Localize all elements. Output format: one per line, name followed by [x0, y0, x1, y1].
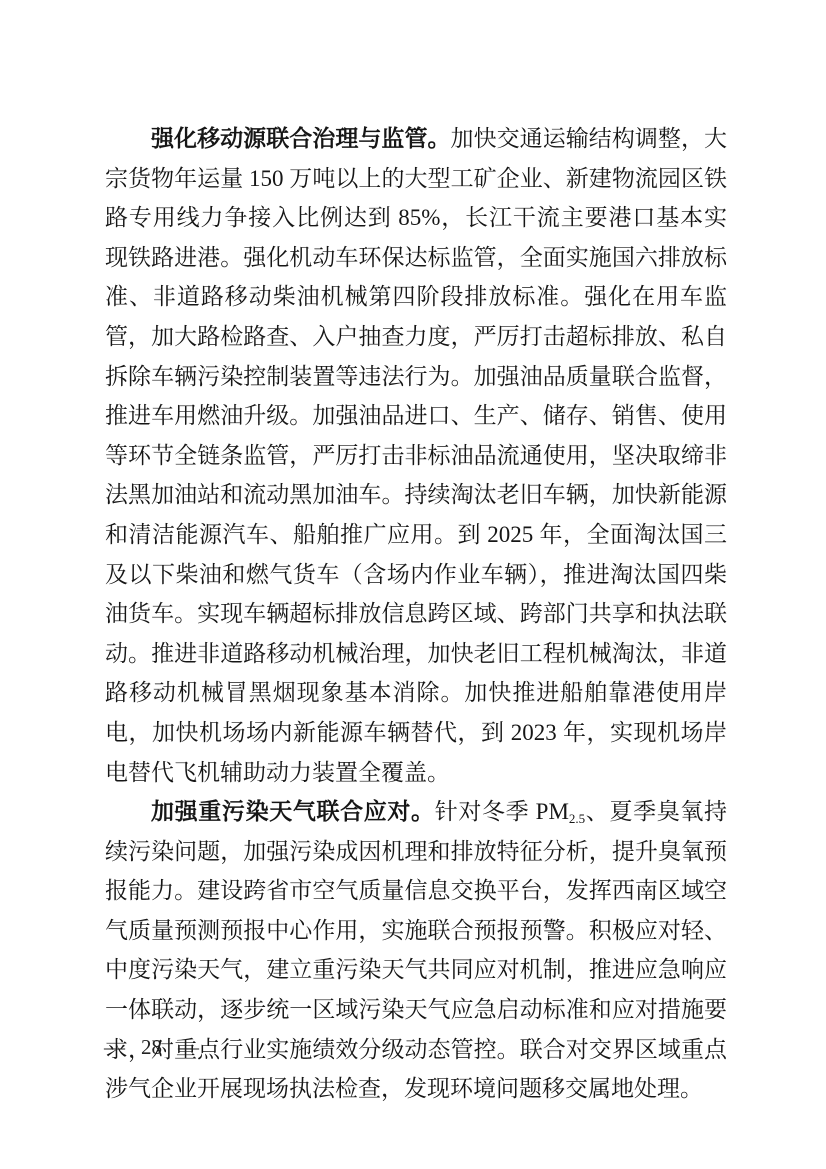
- paragraph-mobile-source-regulation: 强化移动源联合治理与监管。加快交通运输结构调整，大宗货物年运量 150 万吨以上…: [105, 119, 727, 792]
- page-number-left-dash: —: [104, 1035, 125, 1059]
- page-number-value: 28: [141, 1035, 162, 1060]
- document-body: 强化移动源联合治理与监管。加快交通运输结构调整，大宗货物年运量 150 万吨以上…: [105, 119, 727, 1109]
- page-number-right-dash: —: [178, 1035, 199, 1059]
- paragraph-2-body-text-before-subscript: 针对冬季 PM: [435, 799, 569, 824]
- page-number: —28—: [104, 1035, 199, 1060]
- paragraph-1-lead-heading: 强化移动源联合治理与监管。: [151, 126, 451, 151]
- document-page: 强化移动源联合治理与监管。加快交通运输结构调整，大宗货物年运量 150 万吨以上…: [0, 0, 826, 1169]
- pm25-subscript: 2.5: [569, 811, 585, 826]
- paragraph-2-lead-heading: 加强重污染天气联合应对。: [151, 799, 435, 824]
- paragraph-heavy-pollution-response: 加强重污染天气联合应对。针对冬季 PM2.5、夏季臭氧持续污染问题，加强污染成因…: [105, 792, 727, 1109]
- paragraph-1-body-text: 加快交通运输结构调整，大宗货物年运量 150 万吨以上的大型工矿企业、新建物流园…: [105, 126, 727, 785]
